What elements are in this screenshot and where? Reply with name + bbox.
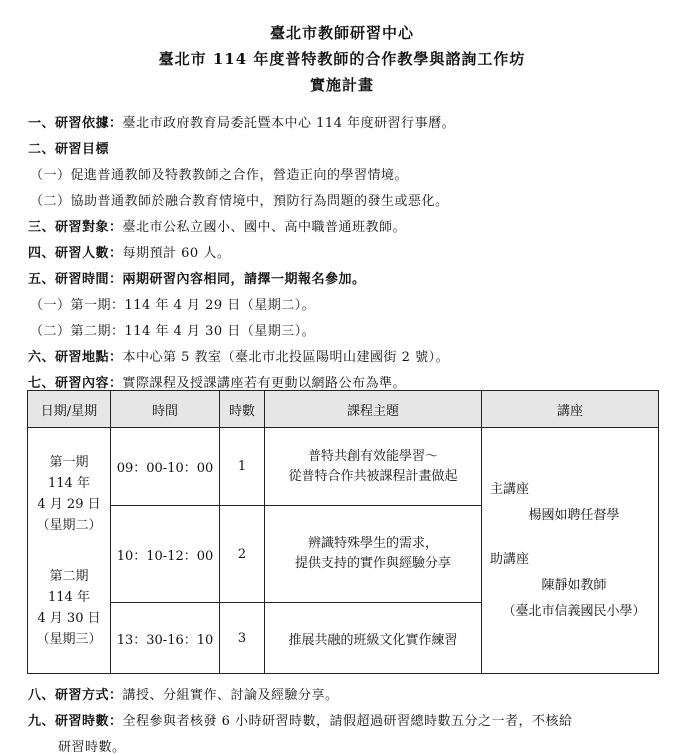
section-5: 五、研習時間：兩期研習內容相同，請擇一期報名參加。 xyxy=(28,268,366,287)
topic-cell: 推展共融的班級文化實作練習 xyxy=(265,603,482,674)
table-row: 第一期 114 年 4 月 29 日 （星期二） 第二期 114 年 4 月 3… xyxy=(28,428,659,506)
hours-cell: 1 xyxy=(220,428,265,506)
document-subtitle: 實施計畫 xyxy=(0,74,684,95)
section-5-item-2: （二）第二期：114 年 4 月 30 日（星期三）。 xyxy=(30,320,315,339)
date-cell: 第一期 114 年 4 月 29 日 （星期二） 第二期 114 年 4 月 3… xyxy=(28,428,111,674)
topic-cell: 辨識特殊學生的需求，提供支持的實作與經驗分享 xyxy=(265,506,482,603)
table-header-row: 日期/星期 時間 時數 課程主題 講座 xyxy=(28,391,659,428)
section-5-item-1: （一）第一期：114 年 4 月 29 日（星期二）。 xyxy=(30,294,315,313)
header-time: 時間 xyxy=(111,391,220,428)
org-title: 臺北市教師研習中心 xyxy=(0,22,684,43)
schedule-table: 日期/星期 時間 時數 課程主題 講座 第一期 114 年 4 月 29 日 （… xyxy=(27,390,659,674)
header-speaker: 講座 xyxy=(482,391,659,428)
section-2-item-2: （二）協助普通教師於融合教育情境中，預防行為問題的發生或惡化。 xyxy=(30,190,449,209)
section-7: 七、研習內容：實際課程及授課講座若有更動以網路公布為準。 xyxy=(28,372,406,391)
hours-cell: 2 xyxy=(220,506,265,603)
section-1: 一、研習依據：臺北市政府教育局委託暨本中心 114 年度研習行事曆。 xyxy=(28,112,455,131)
topic-cell: 普特共創有效能學習～從普特合作共被課程計畫做起 xyxy=(265,428,482,506)
section-2-item-1: （一）促進普通教師及特教教師之合作，營造正向的學習情境。 xyxy=(30,164,408,183)
speaker-cell: 主講座 楊國如聘任督學 助講座 陳靜如教師 （臺北市信義國民小學） xyxy=(482,428,659,674)
section-9-cont: 研習時數。 xyxy=(58,736,126,755)
section-2: 二、研習目標 xyxy=(28,138,109,157)
header-date: 日期/星期 xyxy=(28,391,111,428)
header-hours: 時數 xyxy=(220,391,265,428)
section-4: 四、研習人數：每期預計 60 人。 xyxy=(28,242,230,261)
hours-cell: 3 xyxy=(220,603,265,674)
section-8: 八、研習方式：講授、分組實作、討論及經驗分享。 xyxy=(28,684,339,703)
header-topic: 課程主題 xyxy=(265,391,482,428)
time-cell: 10：10-12：00 xyxy=(111,506,220,603)
section-6: 六、研習地點：本中心第 5 教室（臺北市北投區陽明山建國街 2 號）。 xyxy=(28,346,449,365)
time-cell: 09：00-10：00 xyxy=(111,428,220,506)
time-cell: 13：30-16：10 xyxy=(111,603,220,674)
document-title: 臺北市 114 年度普特教師的合作教學與諮詢工作坊 xyxy=(0,48,684,69)
section-3: 三、研習對象：臺北市公私立國小、國中、高中職普通班教師。 xyxy=(28,216,406,235)
section-9: 九、研習時數：全程參與者核發 6 小時研習時數，請假超過研習總時數五分之一者，不… xyxy=(28,710,573,729)
